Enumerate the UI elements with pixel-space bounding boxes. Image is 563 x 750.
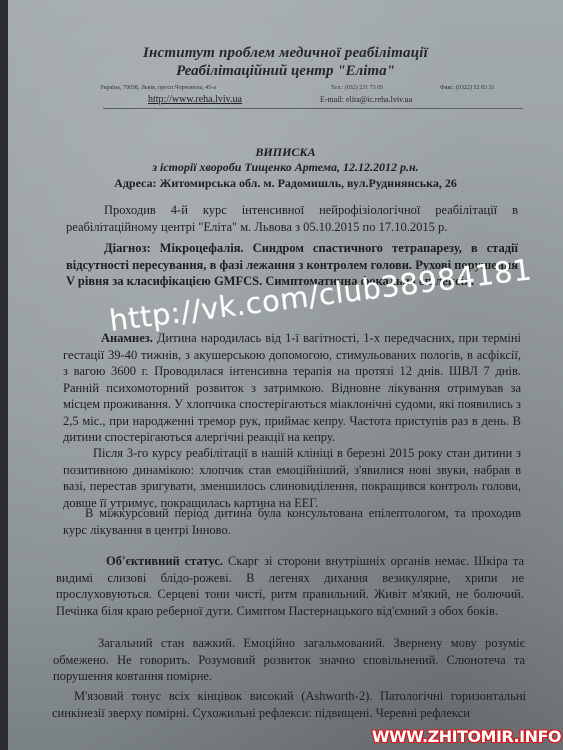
document-subtitle: з історії хвороби Тищенко Артема, 12.12.… bbox=[8, 160, 563, 175]
course-paragraph: Проходив 4-й курс інтенсивної нейрофізіо… bbox=[66, 202, 518, 235]
patient-address: Адреса: Житомирська обл. м. Радомишль, в… bbox=[8, 176, 563, 191]
institute-fax: Факс: (0322) 52 83 31 bbox=[440, 85, 495, 91]
header-divider bbox=[103, 108, 523, 109]
document-page: Інститут проблем медичної реабілітації Р… bbox=[8, 0, 563, 750]
institute-phone: Тел.: (032) 231 73 05 bbox=[331, 85, 383, 91]
after-course-paragraph: Після 3-го курсу реабілітації в нашій кл… bbox=[63, 445, 521, 511]
photo-dark-edge bbox=[0, 0, 8, 750]
anamnesis-paragraph: Анамнез. Дитина народилась від 1-ї вагіт… bbox=[63, 330, 521, 446]
document-title: ВИПИСКА bbox=[8, 145, 563, 160]
institute-website-link[interactable]: http://www.reha.lviv.ua bbox=[148, 94, 242, 105]
institute-email[interactable]: E-mail: elita@ic.reha.lviv.ua bbox=[320, 95, 412, 104]
institute-address: Україна, 79038, Львів, просп.Чорновола, … bbox=[100, 85, 216, 91]
general-state-paragraph: Загальний стан важкий. Емоційно загальмо… bbox=[53, 635, 525, 685]
center-name: Реабілітаційний центр "Еліта" bbox=[8, 63, 563, 80]
institute-name: Інститут проблем медичної реабілітації bbox=[8, 45, 563, 62]
diagnosis-label: Діагноз: bbox=[104, 241, 151, 255]
muscle-tone-paragraph: М'язовий тонус всіх кінцівок високий (As… bbox=[52, 688, 526, 721]
anamnesis-text: Дитина народилась від 1-ї вагітності, 1-… bbox=[63, 331, 521, 444]
objective-status-label: Об'єктивний статус. bbox=[106, 554, 223, 568]
site-watermark: WWW.ZHITOMIR.INFO bbox=[372, 727, 561, 746]
intercourse-paragraph: В міжкурсовий період дитина була консуль… bbox=[63, 505, 521, 538]
objective-status-paragraph: Об'єктивний статус. Скарг зі сторони вну… bbox=[56, 553, 524, 619]
